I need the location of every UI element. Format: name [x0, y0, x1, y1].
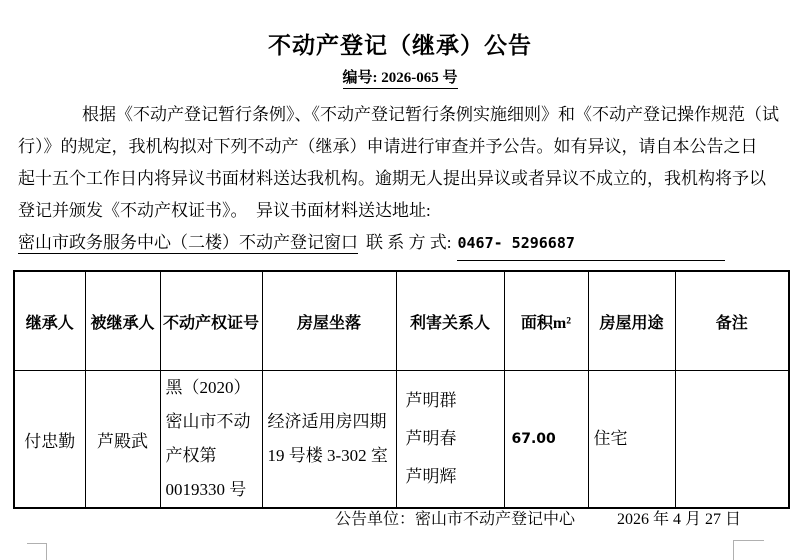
header-heir: 继承人 [14, 271, 85, 371]
header-decedent: 被继承人 [85, 271, 160, 371]
service-address: 密山市政务服务中心（二楼）不动产登记窗口 [18, 233, 358, 254]
paragraph-line-4: 登记并颁发《不动产权证书》。 异议书面材料送达地址: [18, 195, 782, 227]
address-line: 密山市政务服务中心（二楼）不动产登记窗口联 系 方 式:0467- 529668… [18, 227, 782, 259]
stakeholder-3: 芦明辉 [406, 458, 503, 496]
cell-location: 经济适用房四期 19 号楼 3-302 室 [262, 371, 396, 509]
contact-phone: 0467- 5296687 [457, 227, 725, 261]
header-area: 面积m² [504, 271, 588, 371]
margin-corner-mark-right [733, 540, 764, 560]
footer-date: 2026 年 4 月 27 日 [617, 511, 741, 528]
inheritance-table: 继承人 被继承人 不动产权证号 房屋坐落 利害关系人 面积m² 房屋用途 备注 … [13, 270, 790, 509]
paragraph-line-1: 根据《不动产登记暂行条例》、《不动产登记暂行条例实施细则》和《不动产登记操作规范… [18, 99, 782, 131]
page-title: 不动产登记（继承）公告 [0, 27, 800, 60]
paragraph-line-3: 起十五个工作日内将异议书面材料送达我机构。逾期无人提出异议或者异议不成立的，我机… [18, 163, 782, 195]
body-paragraph: 根据《不动产登记暂行条例》、《不动产登记暂行条例实施细则》和《不动产登记操作规范… [18, 99, 782, 259]
table-row: 付忠勤 芦殿武 黑（2020）密山市不动产权第 0019330 号 经济适用房四… [14, 371, 789, 509]
header-usage: 房屋用途 [588, 271, 675, 371]
header-stakeholders: 利害关系人 [396, 271, 504, 371]
contact-label: 联 系 方 式: [366, 233, 451, 252]
table-header-row: 继承人 被继承人 不动产权证号 房屋坐落 利害关系人 面积m² 房屋用途 备注 [14, 271, 789, 371]
header-location: 房屋坐落 [262, 271, 396, 371]
stakeholder-1: 芦明群 [406, 382, 503, 420]
issuer-text: 公告单位：密山市不动产登记中心 [335, 511, 575, 528]
stakeholder-2: 芦明春 [406, 420, 503, 458]
cell-usage: 住宅 [588, 371, 675, 509]
margin-corner-mark-left [27, 543, 47, 560]
doc-number-text: 编号: 2026-065 号 [343, 70, 458, 89]
cell-heir: 付忠勤 [14, 371, 85, 509]
header-certificate-no: 不动产权证号 [160, 271, 262, 371]
cell-area: 67.00 [504, 371, 588, 509]
cell-stakeholders: 芦明群 芦明春 芦明辉 [396, 371, 504, 509]
cell-remarks [675, 371, 789, 509]
paragraph-line-2: 行）》的规定，我机构拟对下列不动产（继承）申请进行审查并予公告。如有异议，请自本… [18, 131, 782, 163]
cell-decedent: 芦殿武 [85, 371, 160, 509]
header-remarks: 备注 [675, 271, 789, 371]
doc-number: 编号: 2026-065 号 [0, 66, 800, 87]
cell-certificate-no: 黑（2020）密山市不动产权第 0019330 号 [160, 371, 262, 509]
footer-line: 公告单位：密山市不动产登记中心2026 年 4 月 27 日 [335, 506, 741, 529]
